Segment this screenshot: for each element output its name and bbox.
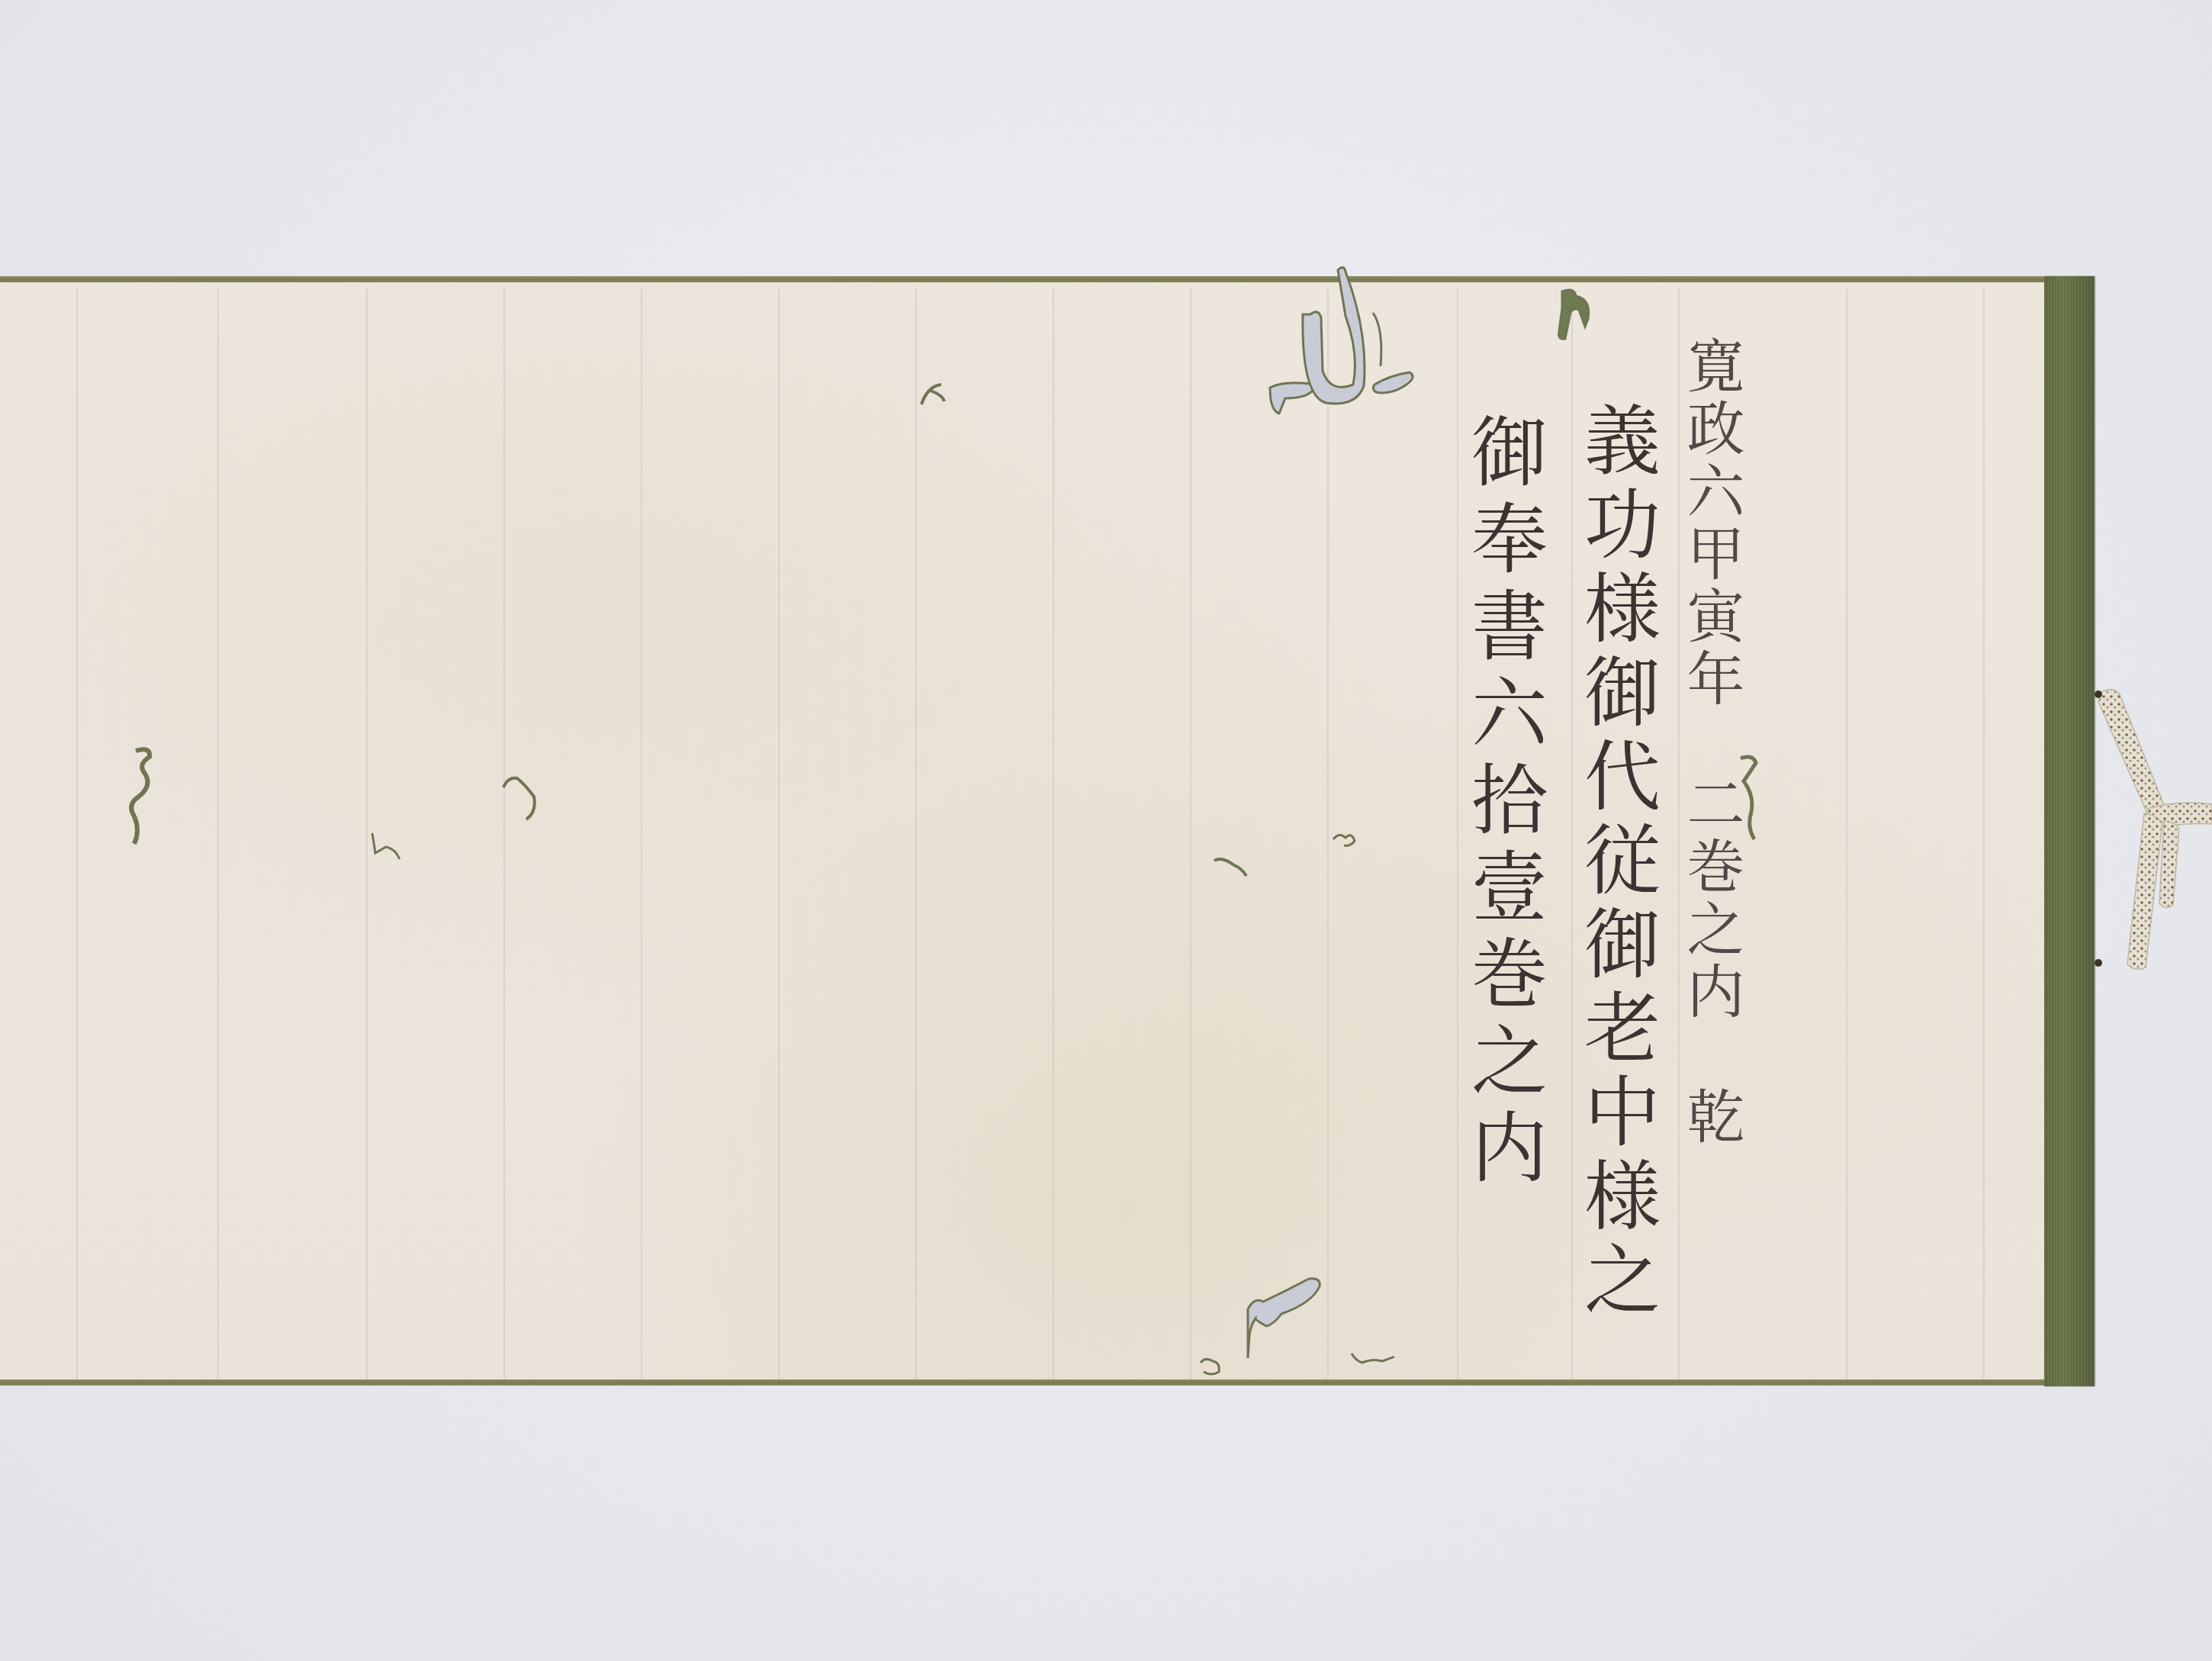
cord-knot-icon [2098, 689, 2212, 969]
ruled-line [76, 288, 78, 1386]
ruled-line [1190, 288, 1191, 1386]
ruled-line [217, 288, 219, 1386]
ruled-line [1846, 288, 1847, 1386]
scroll-bottom-edge [0, 1379, 2046, 1386]
ruled-line [366, 288, 368, 1386]
inscription-line-3: 御奉書六拾壹巻之内 [1464, 412, 1541, 1195]
inscription-line-1: 寛政六甲寅年 二巻之内 乾 [1682, 336, 1740, 1149]
volume-count-text: 二巻之内 [1677, 774, 1745, 1024]
era-date-text: 寛政六甲寅年 [1677, 336, 1745, 711]
ruled-line [503, 288, 505, 1386]
ruled-line [1053, 288, 1054, 1386]
ruled-line [641, 288, 642, 1386]
tie-cord [2094, 679, 2212, 973]
ruled-line [1983, 288, 1985, 1386]
cord-anchor [2095, 959, 2102, 967]
ruled-line [915, 288, 917, 1386]
handscroll [0, 276, 2096, 1386]
ruled-line [1327, 288, 1329, 1386]
ruled-line [778, 288, 780, 1386]
inscription-line-2: 義功様御代従御老中様之 [1577, 401, 1654, 1324]
cord-anchor [2095, 690, 2102, 698]
silk-mounting-strip [2044, 276, 2095, 1386]
volume-mark-text: 乾 [1677, 1086, 1745, 1149]
